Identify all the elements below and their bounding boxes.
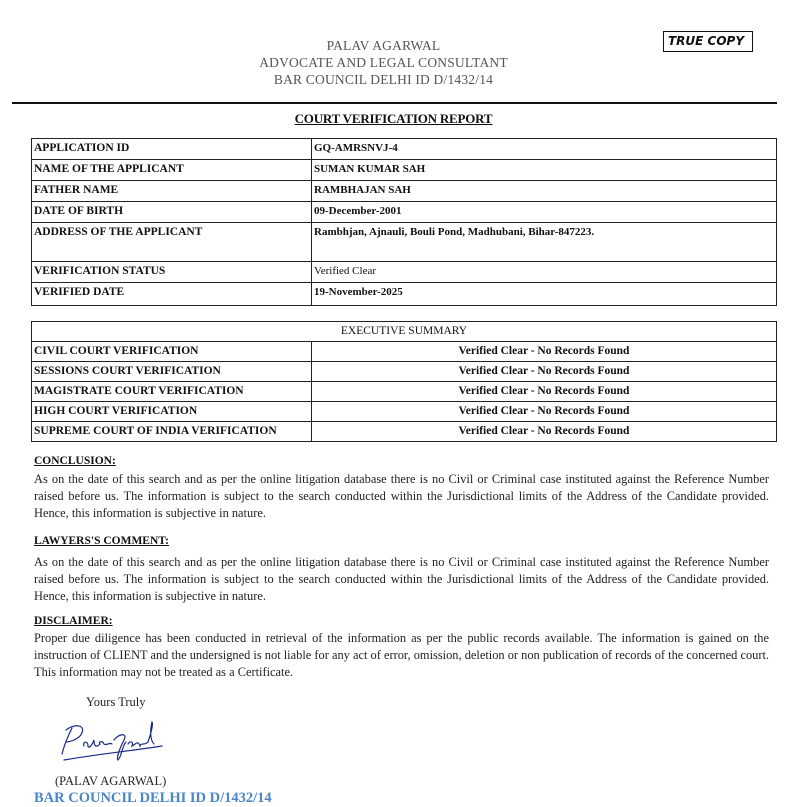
detail-value: Rambhjan, Ajnauli, Bouli Pond, Madhubani…	[312, 223, 777, 262]
table-row: MAGISTRATE COURT VERIFICATION Verified C…	[32, 382, 777, 402]
summary-value: Verified Clear - No Records Found	[312, 422, 777, 442]
true-copy-stamp: TRUE COPY	[663, 31, 753, 52]
signatory-name: (PALAV AGARWAL)	[55, 774, 166, 789]
signatory-bar-id: BAR COUNCIL DELHI ID D/1432/14	[34, 790, 272, 807]
detail-label: NAME OF THE APPLICANT	[32, 160, 312, 181]
table-row: SUPREME COURT OF INDIA VERIFICATION Veri…	[32, 422, 777, 442]
summary-label: HIGH COURT VERIFICATION	[32, 402, 312, 422]
summary-value: Verified Clear - No Records Found	[312, 382, 777, 402]
table-row: SESSIONS COURT VERIFICATION Verified Cle…	[32, 362, 777, 382]
summary-value: Verified Clear - No Records Found	[312, 402, 777, 422]
report-title: COURT VERIFICATION REPORT	[0, 111, 787, 127]
detail-label: ADDRESS OF THE APPLICANT	[32, 223, 312, 262]
table-row: CIVIL COURT VERIFICATION Verified Clear …	[32, 342, 777, 362]
table-row: NAME OF THE APPLICANT SUMAN KUMAR SAH	[32, 160, 777, 181]
signature-icon	[58, 716, 168, 766]
applicant-details-table: APPLICATION ID GQ-AMRSNVJ-4 NAME OF THE …	[31, 138, 777, 306]
table-row: ADDRESS OF THE APPLICANT Rambhjan, Ajnau…	[32, 223, 777, 262]
table-row: DATE OF BIRTH 09-December-2001	[32, 202, 777, 223]
summary-value: Verified Clear - No Records Found	[312, 362, 777, 382]
table-row: HIGH COURT VERIFICATION Verified Clear -…	[32, 402, 777, 422]
conclusion-text: As on the date of this search and as per…	[34, 471, 769, 522]
closing-text: Yours Truly	[86, 695, 146, 710]
disclaimer-section: DISCLAIMER: Proper due diligence has bee…	[34, 613, 769, 681]
detail-value: RAMBHAJAN SAH	[312, 181, 777, 202]
detail-value: SUMAN KUMAR SAH	[312, 160, 777, 181]
conclusion-section: CONCLUSION: As on the date of this searc…	[34, 453, 769, 522]
letterhead-bar-id: BAR COUNCIL DELHI ID D/1432/14	[0, 71, 787, 88]
letterhead-title: ADVOCATE AND LEGAL CONSULTANT	[0, 54, 787, 71]
summary-label: MAGISTRATE COURT VERIFICATION	[32, 382, 312, 402]
table-row: FATHER NAME RAMBHAJAN SAH	[32, 181, 777, 202]
executive-summary-heading: EXECUTIVE SUMMARY	[32, 322, 777, 342]
detail-value: 19-November-2025	[312, 283, 777, 306]
summary-label: SUPREME COURT OF INDIA VERIFICATION	[32, 422, 312, 442]
detail-value: 09-December-2001	[312, 202, 777, 223]
lawyers-comment-section: LAWYERS'S COMMENT: As on the date of thi…	[34, 533, 769, 605]
detail-label: DATE OF BIRTH	[32, 202, 312, 223]
summary-label: SESSIONS COURT VERIFICATION	[32, 362, 312, 382]
table-header-row: EXECUTIVE SUMMARY	[32, 322, 777, 342]
detail-label: FATHER NAME	[32, 181, 312, 202]
table-row: VERIFIED DATE 19-November-2025	[32, 283, 777, 306]
summary-label: CIVIL COURT VERIFICATION	[32, 342, 312, 362]
detail-value: Verified Clear	[312, 262, 777, 283]
conclusion-heading: CONCLUSION:	[34, 453, 769, 470]
table-row: APPLICATION ID GQ-AMRSNVJ-4	[32, 139, 777, 160]
lawyers-comment-heading: LAWYERS'S COMMENT:	[34, 533, 769, 550]
executive-summary-table: EXECUTIVE SUMMARY CIVIL COURT VERIFICATI…	[31, 321, 777, 442]
table-row: VERIFICATION STATUS Verified Clear	[32, 262, 777, 283]
disclaimer-text: Proper due diligence has been conducted …	[34, 630, 769, 681]
detail-label: VERIFIED DATE	[32, 283, 312, 306]
header-divider	[12, 102, 777, 104]
summary-value: Verified Clear - No Records Found	[312, 342, 777, 362]
detail-label: APPLICATION ID	[32, 139, 312, 160]
detail-label: VERIFICATION STATUS	[32, 262, 312, 283]
detail-value: GQ-AMRSNVJ-4	[312, 139, 777, 160]
disclaimer-heading: DISCLAIMER:	[34, 613, 769, 630]
lawyers-comment-text: As on the date of this search and as per…	[34, 554, 769, 605]
